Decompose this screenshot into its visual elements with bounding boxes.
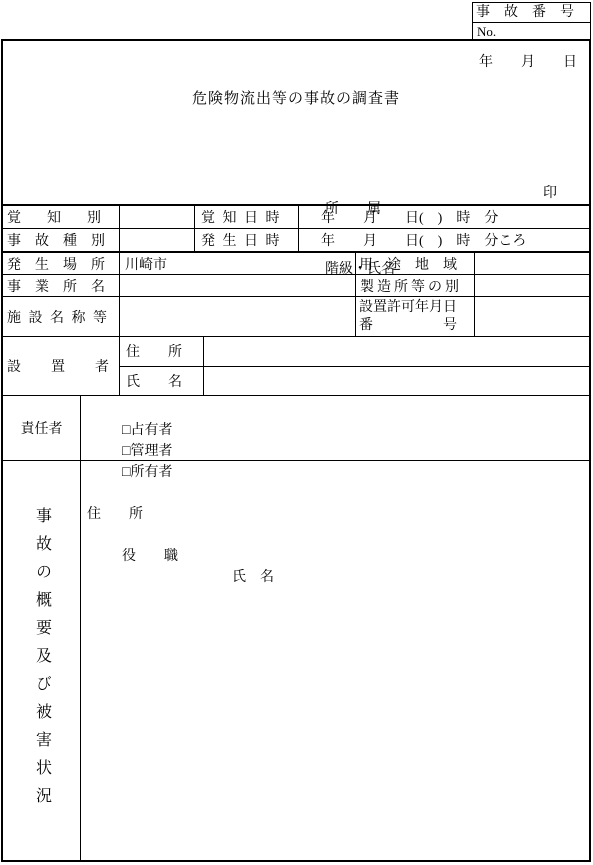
report-header-cell: 年 月 日 危険物流出等の事故の調査書 所 属 階級・氏名 印 [3, 41, 589, 204]
accident-type-value-cell [120, 229, 195, 251]
report-date-line: 年 月 日 [479, 51, 577, 71]
installer-name-value-cell [204, 367, 589, 396]
installer-label: 設 置 者 [3, 337, 120, 395]
business-name-value-cell [120, 275, 356, 296]
affiliation-block: 所 属 階級・氏名 [325, 160, 395, 320]
facility-name-label: 施 設 名 称 等 [3, 297, 120, 336]
installer-name-row: 氏 名 [120, 366, 589, 396]
detection-value-cell [120, 206, 195, 228]
facility-name-row: 施 設 名 称 等 設置許可年月日 番 号 [3, 296, 589, 336]
accident-report-form: 事 故 番 号 No. 年 月 日 危険物流出等の事故の調査書 所 属 階級・氏… [0, 0, 593, 865]
installer-right: 住 所 氏 名 [120, 337, 589, 395]
location-row: 発 生 場 所 川崎市 用 途 地 域 [3, 251, 589, 274]
accident-type-label: 事 故 種 別 [3, 229, 120, 251]
accident-number-box: 事 故 番 号 No. [472, 2, 591, 41]
accident-number-title: 事 故 番 号 [473, 3, 590, 23]
accident-number-value: No. [473, 23, 590, 40]
occurrence-datetime-label: 発 生 日 時 [195, 229, 299, 251]
responsible-row: 責任者 □占有者 □管理者 □所有者 住 所 役 職 氏 名 [3, 395, 589, 460]
rank-name-label: 階級・氏名 [325, 260, 395, 280]
responsible-body: □占有者 □管理者 □所有者 住 所 役 職 氏 名 [81, 396, 589, 460]
summary-label: 事故の概要及び被害状況 [34, 507, 50, 815]
seal-label: 印 [543, 182, 557, 202]
report-table: 年 月 日 危険物流出等の事故の調査書 所 属 階級・氏名 印 覚 知 別 覚 … [1, 39, 591, 862]
affiliation-label: 所 属 [325, 200, 395, 220]
installer-address-value-cell [204, 337, 589, 366]
location-label: 発 生 場 所 [3, 253, 120, 274]
location-value: 川崎市 [120, 253, 356, 274]
checkbox-occupier: □占有者 [122, 423, 172, 438]
zone-value-cell [475, 253, 589, 274]
installer-name-label: 氏 名 [120, 367, 204, 396]
business-name-row: 事 業 所 名 製造所等の別 [3, 274, 589, 296]
responsible-label: 責任者 [3, 396, 81, 460]
installer-address-row: 住 所 [120, 337, 589, 366]
detection-datetime-label: 覚 知 日 時 [195, 206, 299, 228]
summary-label-cell: 事故の概要及び被害状況 [3, 461, 81, 860]
summary-value-cell [81, 461, 589, 860]
detection-label: 覚 知 別 [3, 206, 120, 228]
facility-category-value-cell [475, 275, 589, 296]
report-title: 危険物流出等の事故の調査書 [3, 87, 589, 108]
detection-row: 覚 知 別 覚 知 日 時 年 月 日( ) 時 分 [3, 204, 589, 228]
business-name-label: 事 業 所 名 [3, 275, 120, 296]
checkbox-manager: □管理者 [122, 444, 172, 459]
permit-value-cell [475, 297, 589, 336]
installer-address-label: 住 所 [120, 337, 204, 366]
summary-section: 事故の概要及び被害状況 [3, 460, 589, 860]
facility-name-value-cell [120, 297, 356, 336]
installer-section: 設 置 者 住 所 氏 名 [3, 336, 589, 395]
accident-type-row: 事 故 種 別 発 生 日 時 年 月 日( ) 時 分ころ [3, 228, 589, 251]
